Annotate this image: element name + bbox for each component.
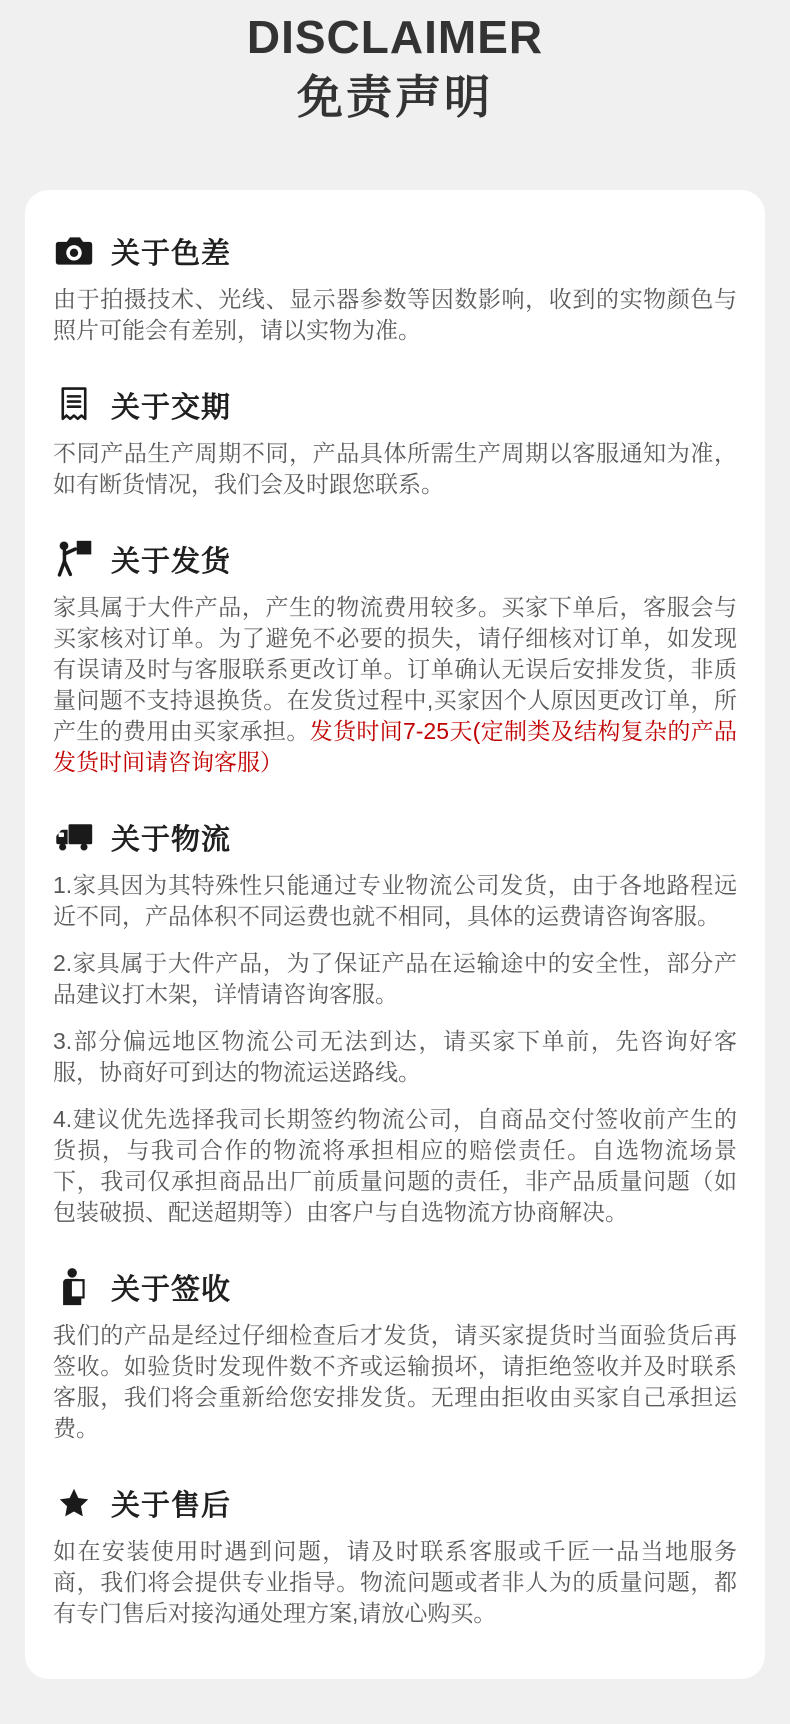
disclaimer-page: DISCLAIMER 免责声明 关于色差 由于拍摄技术、光线、显示器参数等因数影… (0, 0, 790, 1724)
receipt-icon (53, 384, 95, 426)
section-paragraph: 家具属于大件产品，产生的物流费用较多。买家下单后，客服会与买家核对订单。为了避免… (53, 592, 737, 778)
truck-icon (53, 816, 95, 858)
section-shipping: 关于发货 家具属于大件产品，产生的物流费用较多。买家下单后，客服会与买家核对订单… (53, 538, 737, 778)
section-sign-off-header: 关于签收 (53, 1266, 737, 1308)
disclaimer-title-zh: 免责声明 (0, 68, 790, 126)
section-after-sales: 关于售后 如在安装使用时遇到问题，请及时联系客服或千匠一品当地服务商，我们将会提… (53, 1482, 737, 1629)
section-paragraph: 由于拍摄技术、光线、显示器参数等因数影响，收到的实物颜色与照片可能会有差别，请以… (53, 284, 737, 346)
section-paragraph: 4.建议优先选择我司长期签约物流公司，自商品交付签收前产生的货损，与我司合作的物… (53, 1104, 737, 1228)
disclaimer-title-en: DISCLAIMER (0, 10, 790, 64)
camera-icon (53, 230, 95, 272)
section-title: 关于签收 (111, 1267, 231, 1308)
section-title: 关于发货 (111, 539, 231, 580)
section-paragraph: 3.部分偏远地区物流公司无法到达，请买家下单前，先咨询好客服，协商好可到达的物流… (53, 1026, 737, 1088)
section-paragraph: 1.家具因为其特殊性只能通过专业物流公司发货，由于各地路程远近不同，产品体积不同… (53, 870, 737, 932)
page-header: DISCLAIMER 免责声明 (0, 0, 790, 126)
section-paragraph: 我们的产品是经过仔细检查后才发货，请买家提货时当面验货后再签收。如验货时发现件数… (53, 1320, 737, 1444)
section-delivery-time-header: 关于交期 (53, 384, 737, 426)
section-logistics-header: 关于物流 (53, 816, 737, 858)
content-card: 关于色差 由于拍摄技术、光线、显示器参数等因数影响，收到的实物颜色与照片可能会有… (25, 190, 765, 1679)
section-title: 关于售后 (111, 1483, 231, 1524)
section-paragraph: 2.家具属于大件产品，为了保证产品在运输途中的安全性，部分产品建议打木架，详情请… (53, 948, 737, 1010)
section-shipping-header: 关于发货 (53, 538, 737, 580)
star-icon (53, 1482, 95, 1524)
section-color-difference-header: 关于色差 (53, 230, 737, 272)
section-sign-off: 关于签收 我们的产品是经过仔细检查后才发货，请买家提货时当面验货后再签收。如验货… (53, 1266, 737, 1444)
section-paragraph: 如在安装使用时遇到问题，请及时联系客服或千匠一品当地服务商，我们将会提供专业指导… (53, 1536, 737, 1629)
section-color-difference: 关于色差 由于拍摄技术、光线、显示器参数等因数影响，收到的实物颜色与照片可能会有… (53, 230, 737, 346)
receiver-icon (53, 1266, 95, 1308)
section-delivery-time: 关于交期 不同产品生产周期不同，产品具体所需生产周期以客服通知为准，如有断货情况… (53, 384, 737, 500)
section-title: 关于物流 (111, 817, 231, 858)
section-title: 关于交期 (111, 385, 231, 426)
section-title: 关于色差 (111, 231, 231, 272)
section-paragraph: 不同产品生产周期不同，产品具体所需生产周期以客服通知为准，如有断货情况，我们会及… (53, 438, 737, 500)
courier-icon (53, 538, 95, 580)
section-logistics: 关于物流 1.家具因为其特殊性只能通过专业物流公司发货，由于各地路程远近不同，产… (53, 816, 737, 1228)
section-after-sales-header: 关于售后 (53, 1482, 737, 1524)
